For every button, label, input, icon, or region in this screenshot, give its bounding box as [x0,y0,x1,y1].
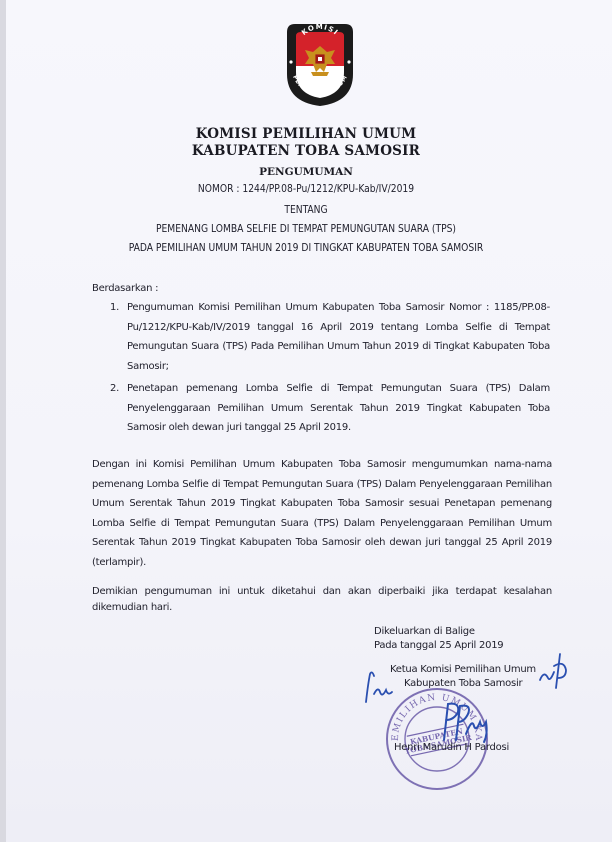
signature-icon [438,700,494,744]
considerations-list: 1. Pengumuman Komisi Pemilihan Umum Kabu… [110,298,550,441]
list-item: 2. Penetapan pemenang Lomba Selfie di Te… [110,379,550,438]
org-name-line1: KOMISI PEMILIHAN UMUM [0,126,612,142]
list-number: 1. [110,298,119,318]
issued-date: Pada tanggal 25 April 2019 [374,640,503,651]
signatory-title-line1: Ketua Komisi Pemilihan Umum [390,664,536,675]
issued-place: Dikeluarkan di Balige [374,626,475,637]
signatory-name: Henri Marudin H Pardosi [394,742,509,753]
kpu-logo-icon: KOMISI PEMILIHAN UMUM [283,22,357,108]
subject-line2: PADA PEMILIHAN UMUM TAHUN 2019 DI TINGKA… [0,243,612,254]
subject-line1: PEMENANG LOMBA SELFIE DI TEMPAT PEMUNGUT… [0,224,612,235]
closing-paragraph: Demikian pengumuman ini untuk diketahui … [92,584,552,616]
tentang-label: TENTANG [0,205,612,216]
initial-paraf-right-icon [536,650,572,690]
list-item: 1. Pengumuman Komisi Pemilihan Umum Kabu… [110,298,550,376]
document-type: PENGUMUMAN [0,166,612,178]
document-number: NOMOR : 1244/PP.08-Pu/1212/KPU-Kab/IV/20… [0,184,612,195]
list-text: Pengumuman Komisi Pemilihan Umum Kabupat… [127,302,550,372]
org-name-line2: KABUPATEN TOBA SAMOSIR [0,143,612,159]
initial-paraf-left-icon [362,668,398,704]
berdasarkan-label: Berdasarkan : [92,279,158,299]
announcement-paragraph: Dengan ini Komisi Pemilihan Umum Kabupat… [92,455,552,572]
list-number: 2. [110,379,119,399]
list-text: Penetapan pemenang Lomba Selfie di Tempa… [127,383,550,433]
